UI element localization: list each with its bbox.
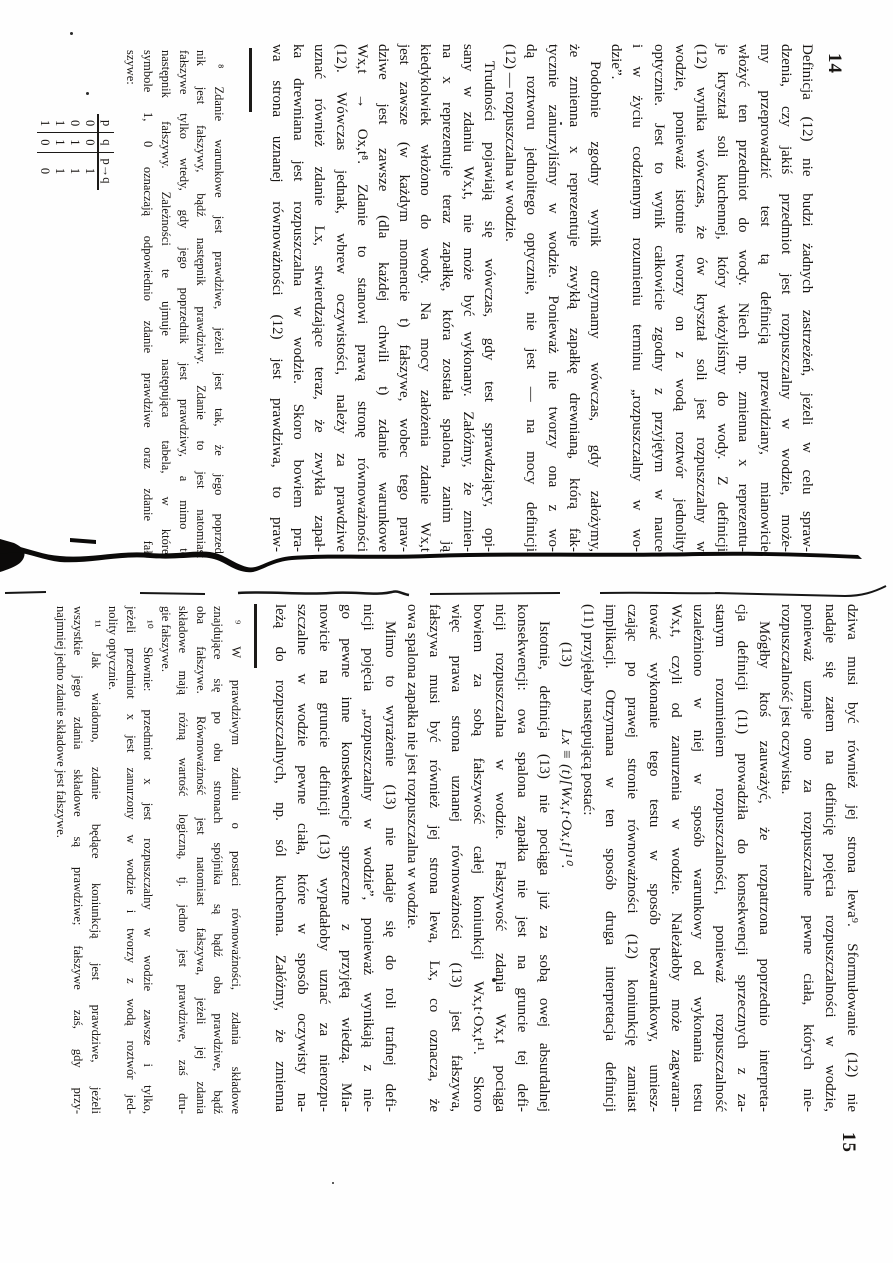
text-line: owa spalona zapałka nie jest rozpuszczal… xyxy=(401,604,423,1112)
text-line: gie fałszywe. xyxy=(157,606,175,1114)
text-line: nolity optycznie. xyxy=(104,606,122,1114)
text-line: leżą do rozpuszczalnych, np. sól kuchenn… xyxy=(269,604,291,1112)
text-line: tycznie zanurzyliśmy w wodzie. Ponieważ … xyxy=(541,44,562,552)
text-line: ⁸ Zdanie warunkowe jest prawdziwe, jeżel… xyxy=(209,50,227,558)
text-line: Wx,t → Ox,t⁸. Zdanie to stanowi prawą st… xyxy=(351,44,372,552)
page-number-15: 15 xyxy=(837,1132,859,1153)
text-line: włożyć ten przedmiot do wody. Niech np. … xyxy=(732,44,753,552)
text-line: kiedykolwiek włożono do wody. Na mocy za… xyxy=(414,44,435,552)
text-line: najmniej jedno zdanie składowe jest fałs… xyxy=(52,606,70,1114)
text-line: i w życiu codziennym rozumieniu terminu … xyxy=(626,44,647,552)
text-line: wa strona uznanej równoważności (12) jes… xyxy=(266,44,287,552)
text-line: tować wykonanie tego testu w sposób bezw… xyxy=(643,604,665,1112)
scan-speck xyxy=(86,92,89,95)
footnote-text: ⁸ Zdanie warunkowe jest prawdziwe, jeżel… xyxy=(121,50,227,558)
text-line: oba fałszywe. Równoważność jest natomias… xyxy=(192,606,210,1114)
text-line: sany w zdaniu Wx,t, nie może być wykonan… xyxy=(457,44,478,552)
fold-band-line xyxy=(0,544,862,572)
text-line: że zmienna x reprezentuje zwykłą zapałkę… xyxy=(563,44,584,552)
truth-table-cell: 0 xyxy=(82,114,98,133)
text-line: wszystkie jego zdania składowe są prawdz… xyxy=(69,606,87,1114)
text-line: nicji pojęcia „rozpuszczalny w wodzie”, … xyxy=(357,604,379,1112)
footnote-separator-rule xyxy=(254,604,257,668)
formula-body: Lx ≡ (t)[Wx,t·Ox,t]¹⁰. xyxy=(555,729,577,869)
fold-band-dash xyxy=(70,538,96,544)
truth-table-header: p→q xyxy=(98,152,114,190)
truth-table-header: p xyxy=(98,114,114,133)
text-line: nik jest fałszywy, bądź następnik prawdz… xyxy=(192,50,210,558)
text-line: je kryształ soli kuchennej, który włożyl… xyxy=(711,44,732,552)
text-line: szywe: xyxy=(121,50,139,558)
scan-speck xyxy=(332,1182,334,1184)
text-line: uznać również zdanie Lx, stwierdzające t… xyxy=(308,44,329,552)
truth-table-cell: 0 xyxy=(67,114,82,133)
text-line: (12) — rozpuszczalna w wodzie. xyxy=(499,44,520,552)
text-line: fałszywe tylko wtedy, gdy jego poprzedni… xyxy=(174,50,192,558)
text-line: implikacji. Otrzymana w ten sposób druga… xyxy=(599,604,621,1112)
text-line: dzenia, czy jakiś przedmiot jest rozpusz… xyxy=(775,44,796,552)
text-line: następnik fałszywy. Zależności te ujmuje… xyxy=(156,50,174,558)
text-line: ¹¹ Jak wiadomo, zdanie będące koniunkcją… xyxy=(87,606,105,1114)
text-line: nicji rozpuszczalna w wodzie. Fałszywość… xyxy=(489,604,511,1112)
text-line: (12) wynika wówczas, że ów kryształ soli… xyxy=(690,44,711,552)
truth-table-header: q xyxy=(98,133,114,152)
text-line: konsekwencji: owa spalona zapałka nie je… xyxy=(511,604,533,1112)
text-line: na x reprezentuje teraz zapałkę, która z… xyxy=(435,44,456,552)
main-text: dziwa musi być również jej strona lewa⁹.… xyxy=(52,604,864,1112)
text-line: ⁹ W prawdziwym zdaniu o postaci równoważ… xyxy=(227,606,245,1114)
text-line: (11) przyjęłaby następującą postać: xyxy=(577,604,599,1112)
text-line: nadaje się zatem na definicję pojęcia ro… xyxy=(819,604,841,1112)
lower-scratch-right xyxy=(430,586,886,596)
truth-table-cell: 0 xyxy=(82,133,98,152)
page-number-14: 14 xyxy=(823,53,845,74)
lower-scratch-left xyxy=(5,592,205,594)
text-line: fałszywa musi być również jej strona lew… xyxy=(423,604,445,1112)
truth-table-cell: 1 xyxy=(67,133,82,152)
lower-scratch-mid xyxy=(238,591,409,595)
page-15: 15 dziwa musi być również jej strona lew… xyxy=(45,598,865,1128)
truth-table-cell: 0 xyxy=(37,152,52,190)
footnote-text: ⁹ W prawdziwym zdaniu o postaci równoważ… xyxy=(52,606,245,1114)
text-line: ¹⁰ Słownie: przedmiot x jest rozpuszczal… xyxy=(139,606,157,1114)
text-line: Istotnie, definicja (13) nie pociąga już… xyxy=(533,604,555,1112)
text-line: znajdujące się po obu stronach spójnika … xyxy=(209,606,227,1114)
text-line: Definicja (12) nie budzi żadnych zastrze… xyxy=(796,44,817,552)
text-line: stanym rozumieniem rozpuszczalności, pon… xyxy=(709,604,731,1112)
truth-table-cell: 1 xyxy=(52,133,67,152)
text-line: czając po prawej stronie równoważności (… xyxy=(621,604,643,1112)
text-line: Mimo to wyrażenie (13) nie nadaje się do… xyxy=(379,604,401,1112)
text-line: optycznie. Jest to wynik całkowicie zgod… xyxy=(647,44,668,552)
scan-speck xyxy=(560,122,562,125)
page-14: 14 Definicja (12) nie budzi żadnych zast… xyxy=(45,38,865,568)
scan-speck xyxy=(70,32,73,35)
text-line: nowicie na gruncie definicji (13) wypada… xyxy=(313,604,335,1112)
text-line: ka drewniana jest rozpuszczalna w wodzie… xyxy=(287,44,308,552)
text-line: bowiem za sobą fałszywość całej koniunkc… xyxy=(467,604,489,1112)
page-15-content: 15 dziwa musi być również jej strona lew… xyxy=(45,598,865,1128)
fold-band-shape xyxy=(0,539,25,572)
text-line: jest zawsze (w każdym momencie t) fałszy… xyxy=(393,44,414,552)
truth-table-cell: 1 xyxy=(52,152,67,190)
text-line: go pewne inne konsekwencje sprzeczne z p… xyxy=(335,604,357,1112)
text-line: dziwa musi być również jej strona lewa⁹.… xyxy=(841,604,863,1112)
text-line: dą roztworu jednolitego optycznie, nie j… xyxy=(520,44,541,552)
truth-table-cell: 0 xyxy=(37,133,52,152)
text-line: jeżeli przedmiot x jest zanurzony w wodz… xyxy=(122,606,140,1114)
text-line: Trudności pojawiają się wówczas, gdy tes… xyxy=(478,44,499,552)
truth-table-cell: 1 xyxy=(82,152,98,190)
text-line: rozpuszczalność jest oczywista. xyxy=(775,604,797,1112)
text-line: szczalne w wodzie pewne ciała, które w s… xyxy=(291,604,313,1112)
text-line: dzie”. xyxy=(605,44,626,552)
text-line: (12). Wówczas jednak, wbrew oczywistości… xyxy=(329,44,350,552)
truth-table-cell: 1 xyxy=(52,114,67,133)
formula-label: (13) xyxy=(555,642,577,667)
truth-table-cell: 1 xyxy=(37,114,52,133)
text-line: ponieważ uznaje ono za rozpuszczalne pew… xyxy=(797,604,819,1112)
text-line: dziwe jest zawsze (dla każdej chwili t) … xyxy=(372,44,393,552)
text-line: więc prawa strona uznanej równoważności … xyxy=(445,604,467,1112)
text-line: uzależniono w niej w sposób warunkowy od… xyxy=(687,604,709,1112)
text-line: wodzie, ponieważ istotnie tworzy on z wo… xyxy=(669,44,690,552)
text-line: my przeprowadzić test tą definicją przew… xyxy=(753,44,774,552)
text-line: (13)Lx ≡ (t)[Wx,t·Ox,t]¹⁰. xyxy=(555,604,577,1112)
scan-speck xyxy=(492,978,496,982)
text-line: Wx,t, czyli od zanurzenia w wodzie. Nale… xyxy=(665,604,687,1112)
text-line: symbole 1, 0 oznaczają odpowiednio zdani… xyxy=(139,50,157,558)
text-line: Podobnie zgodny wynik otrzymamy wówczas,… xyxy=(584,44,605,552)
page-14-content: 14 Definicja (12) nie budzi żadnych zast… xyxy=(45,38,865,568)
text-line: składowe mają różną wartość logiczną, tj… xyxy=(174,606,192,1114)
truth-table: pqp→q001011111100 xyxy=(37,114,114,190)
text-line: cja definicji (11) prowadziła do konsekw… xyxy=(731,604,753,1112)
truth-table-cell: 1 xyxy=(67,152,82,190)
text-line: Mógłby ktoś zauważyć, że rozpatrzona pop… xyxy=(753,604,775,1112)
footnote-separator-rule xyxy=(249,48,252,112)
main-text: Definicja (12) nie budzi żadnych zastrze… xyxy=(37,44,817,552)
